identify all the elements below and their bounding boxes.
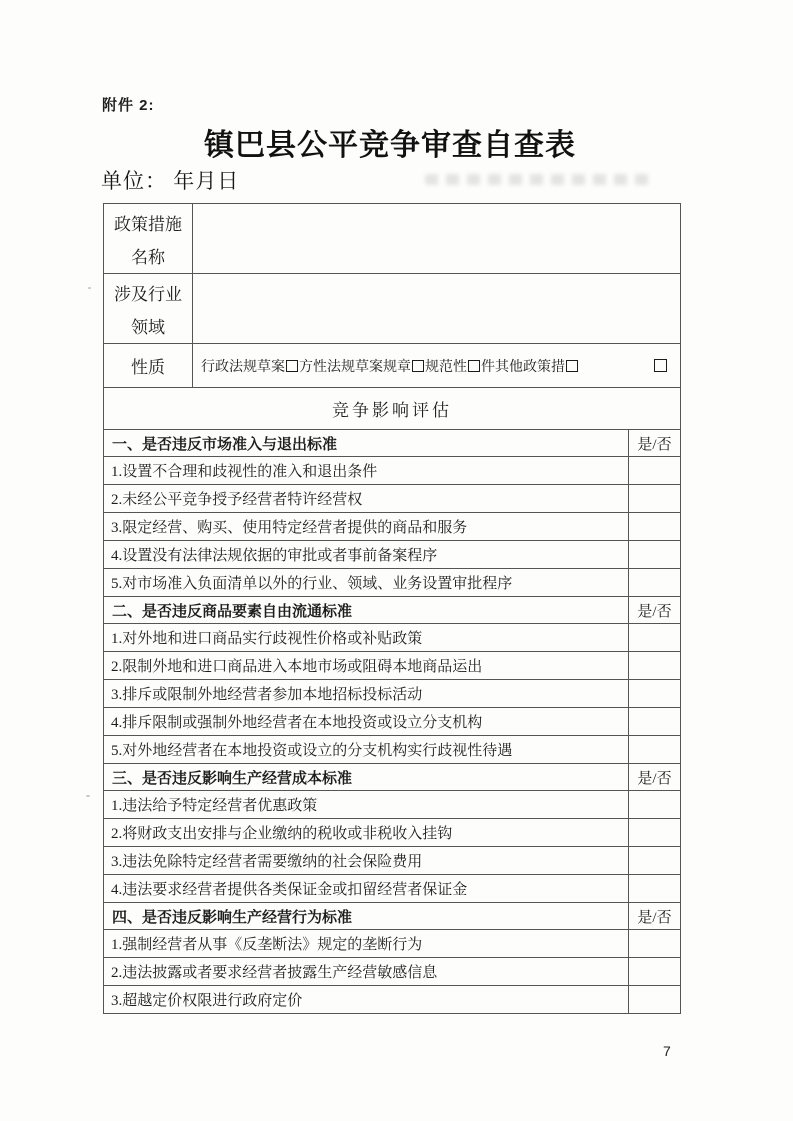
nature-options-cell: 行政法规草案方性法规草案规章规范性件其他政策措 [193,344,681,388]
assessment-header-row: 竞争影响评估 [104,388,681,430]
item-row: 1.设置不合理和歧视性的准入和退出条件 [104,457,681,485]
answer-cell [629,930,681,958]
info-row: 涉及行业领域 [104,274,681,344]
label-line: 领域 [131,313,165,338]
item-row: 1.强制经营者从事《反垄断法》规定的垄断行为 [104,930,681,958]
label-lines: 政策措施名称 [104,210,192,268]
item-row: 2.限制外地和进口商品进入本地市场或阻碍本地商品运出 [104,652,681,680]
item-text: 2.将财政支出安排与企业缴纳的税收或非税收入挂钩 [104,819,629,847]
section-header-row: 三、是否违反影响生产经营成本标准是/否 [104,764,681,791]
checkbox-icon [654,359,667,372]
answer-cell [629,457,681,485]
item-text: 4.违法要求经营者提供各类保证金或扣留经营者保证金 [104,875,629,903]
nature-options-line: 行政法规草案方性法规草案规章规范性件其他政策措 [201,356,668,376]
answer-cell [629,513,681,541]
item-text: 3.排斥或限制外地经营者参加本地招标投标活动 [104,680,629,708]
item-text: 1.设置不合理和歧视性的准入和退出条件 [104,457,629,485]
scan-speck-artifact [88,287,91,289]
scan-speck-artifact [86,795,90,797]
item-row: 2.未经公平竞争授予经营者特许经营权 [104,485,681,513]
scanned-document-page: 附件 2: 镇巴县公平竞争审查自查表 单位： 年月日 政策措施名称涉及行业领域性… [0,0,793,1121]
item-row: 5.对市场准入负面清单以外的行业、领域、业务设置审批程序 [104,569,681,597]
item-row: 4.违法要求经营者提供各类保证金或扣留经营者保证金 [104,875,681,903]
answer-cell [629,624,681,652]
section-header-row: 四、是否违反影响生产经营行为标准是/否 [104,903,681,930]
form-table: 政策措施名称涉及行业领域性质行政法规草案方性法规草案规章规范性件其他政策措竞争影… [103,203,681,1014]
label-line: 涉及行业 [114,280,182,305]
item-text: 2.未经公平竞争授予经营者特许经营权 [104,485,629,513]
item-text: 3.超越定价权限进行政府定价 [104,986,629,1014]
checkbox-icon [468,360,480,372]
item-row: 5.对外地经营者在本地投资或设立的分支机构实行歧视性待遇 [104,736,681,764]
section-title: 四、是否违反影响生产经营行为标准 [104,903,629,930]
item-text: 2.违法披露或者要求经营者披露生产经营敏感信息 [104,958,629,986]
section-header-row: 二、是否违反商品要素自由流通标准是/否 [104,597,681,624]
nature-option-text: 方性法规草案规章 [299,356,411,376]
answer-cell [629,680,681,708]
checkbox-icon [412,360,424,372]
item-text: 3.违法免除特定经营者需要缴纳的社会保险费用 [104,847,629,875]
scan-bleed-artifact [425,174,655,185]
item-text: 1.违法给予特定经营者优惠政策 [104,791,629,819]
answer-cell [629,819,681,847]
item-row: 3.限定经营、购买、使用特定经营者提供的商品和服务 [104,513,681,541]
item-text: 1.对外地和进口商品实行歧视性价格或补贴政策 [104,624,629,652]
item-text: 2.限制外地和进口商品进入本地市场或阻碍本地商品运出 [104,652,629,680]
answer-cell [629,652,681,680]
checkbox-icon [566,360,578,372]
item-row: 1.违法给予特定经营者优惠政策 [104,791,681,819]
label-lines: 涉及行业领域 [104,280,192,338]
attachment-label: 附件 2: [102,94,155,115]
item-row: 3.违法免除特定经营者需要缴纳的社会保险费用 [104,847,681,875]
form-title: 镇巴县公平竞争审查自查表 [0,120,780,164]
checkbox-icon [286,360,298,372]
item-text: 5.对市场准入负面清单以外的行业、领域、业务设置审批程序 [104,569,629,597]
item-row: 2.违法披露或者要求经营者披露生产经营敏感信息 [104,958,681,986]
yes-no-header: 是/否 [629,764,681,791]
item-text: 1.强制经营者从事《反垄断法》规定的垄断行为 [104,930,629,958]
nature-row: 性质行政法规草案方性法规草案规章规范性件其他政策措 [104,344,681,388]
answer-cell [629,541,681,569]
nature-label: 性质 [104,344,193,388]
yes-no-header: 是/否 [629,903,681,930]
item-row: 2.将财政支出安排与企业缴纳的税收或非税收入挂钩 [104,819,681,847]
nature-option-text: 行政法规草案 [201,356,285,376]
section-title: 三、是否违反影响生产经营成本标准 [104,764,629,791]
yes-no-header: 是/否 [629,597,681,624]
industry-field-value-cell [193,274,681,344]
industry-field-label: 涉及行业领域 [104,274,193,344]
answer-cell [629,485,681,513]
item-text: 3.限定经营、购买、使用特定经营者提供的商品和服务 [104,513,629,541]
yes-no-header: 是/否 [629,430,681,457]
answer-cell [629,791,681,819]
answer-cell [629,569,681,597]
answer-cell [629,986,681,1014]
answer-cell [629,708,681,736]
info-row: 政策措施名称 [104,204,681,274]
answer-cell [629,847,681,875]
item-row: 4.排斥限制或强制外地经营者在本地投资或设立分支机构 [104,708,681,736]
item-text: 4.设置没有法律法规依据的审批或者事前备案程序 [104,541,629,569]
nature-option-text: 件其他政策措 [481,356,565,376]
label-line: 名称 [131,243,165,268]
item-text: 4.排斥限制或强制外地经营者在本地投资或设立分支机构 [104,708,629,736]
policy-name-value-cell [193,204,681,274]
section-header-row: 一、是否违反市场准入与退出标准是/否 [104,430,681,457]
item-row: 3.超越定价权限进行政府定价 [104,986,681,1014]
section-title: 二、是否违反商品要素自由流通标准 [104,597,629,624]
unit-date-line: 单位： 年月日 [101,165,239,195]
page-number: 7 [663,1043,671,1059]
item-text: 5.对外地经营者在本地投资或设立的分支机构实行歧视性待遇 [104,736,629,764]
assessment-title: 竞争影响评估 [104,388,681,430]
section-title: 一、是否违反市场准入与退出标准 [104,430,629,457]
answer-cell [629,875,681,903]
nature-option-text: 规范性 [425,356,467,376]
label-line: 政策措施 [114,210,182,235]
answer-cell [629,736,681,764]
item-row: 3.排斥或限制外地经营者参加本地招标投标活动 [104,680,681,708]
policy-name-label: 政策措施名称 [104,204,193,274]
item-row: 4.设置没有法律法规依据的审批或者事前备案程序 [104,541,681,569]
item-row: 1.对外地和进口商品实行歧视性价格或补贴政策 [104,624,681,652]
answer-cell [629,958,681,986]
